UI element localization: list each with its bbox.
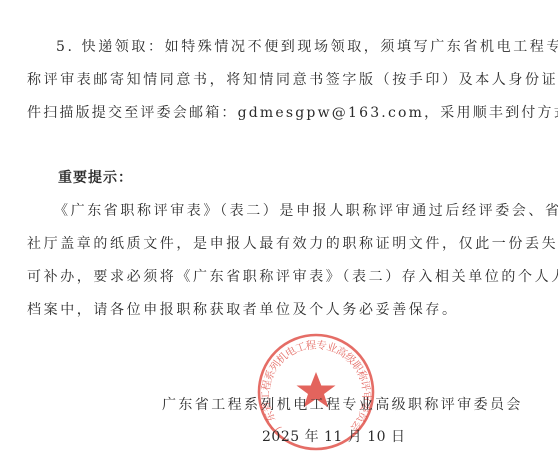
item5-line-2: 称评审表邮寄知情同意书，将知情同意书签字版（按手印）及本人身份证复印	[27, 71, 558, 89]
svg-text:广东省工程系列机电工程专业高级职称评审委员会: 广东省工程系列机电工程专业高级职称评审委员会	[259, 338, 373, 435]
notice-line-4: 档案中，请各位申报职称获取者单位及个人务必妥善保存。	[27, 301, 459, 319]
signature-date: 2025 年 11 月 10 日	[262, 428, 406, 446]
notice-heading: 重要提示：	[58, 169, 133, 187]
notice-line-1: 《广东省职称评审表》（表二）是申报人职称评审通过后经评委会、省人	[54, 202, 558, 220]
item5-line-3: 件扫描版提交至评委会邮箱：gdmesgpw@163.com，采用顺丰到付方式邮寄…	[27, 104, 558, 122]
notice-line-3: 可补办，要求必须将《广东省职称评审表》（表二）存入相关单位的个人人事	[27, 268, 558, 286]
signature-organization: 广东省工程系列机电工程专业高级职称评审委员会	[162, 396, 523, 414]
item5-line-1: 5. 快递领取：如特殊情况不便到现场领取，须填写广东省机电工程专业职	[56, 38, 558, 56]
notice-line-2: 社厅盖章的纸质文件，是申报人最有效力的职称证明文件，仅此一份丢失后不	[27, 235, 558, 253]
